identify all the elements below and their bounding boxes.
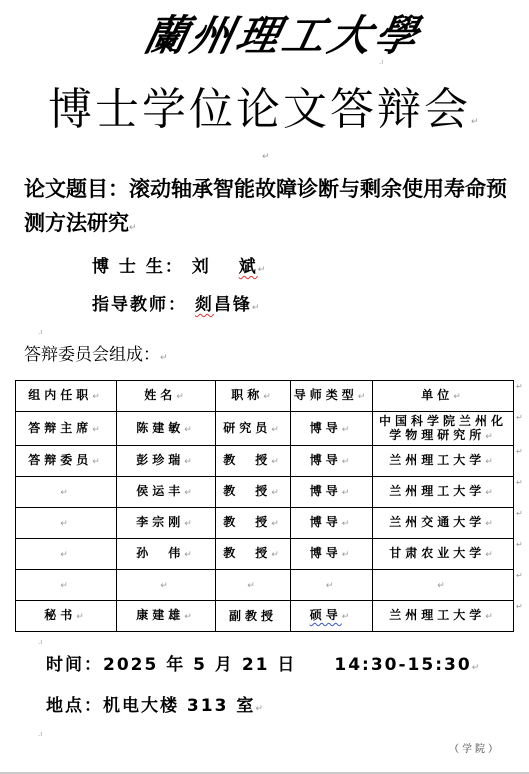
location-label: 地点： bbox=[46, 696, 103, 716]
row-end-mark: ↵ bbox=[516, 571, 523, 580]
cell-name: ↵ bbox=[117, 570, 216, 601]
cell-title: 教 授↵ bbox=[216, 446, 291, 477]
cell-name: 彭珍瑞↵ bbox=[117, 446, 216, 477]
paragraph-mark: ↵ bbox=[255, 704, 265, 714]
event-time-line: 时间：2025 年 5 月 21 日 14:30-15:30↵ bbox=[46, 654, 481, 679]
cell-supervisor-type: 硕导↵ bbox=[291, 601, 373, 632]
cell-role: ↵ bbox=[16, 477, 117, 508]
cell-affiliation: 兰州理工大学↵ bbox=[373, 477, 514, 508]
paragraph-mark: ↵ bbox=[252, 303, 262, 313]
cell-title: 副教授 bbox=[216, 601, 291, 632]
paragraph-corner-mark: .ı bbox=[38, 328, 42, 336]
table-header-row: 组内任职↵ 姓名↵ 职称↵ 导师类型↵ 单位↵ bbox=[16, 381, 514, 412]
table-row: 答辩主席↵ 陈建敏↵ 研究员↵ 博导↵ 中国科学院兰州化学物理研究所↵ bbox=[16, 412, 514, 446]
committee-table: 组内任职↵ 姓名↵ 职称↵ 导师类型↵ 单位↵ 答辩主席↵ 陈建敏↵ 研究员↵ … bbox=[15, 380, 514, 632]
cell-supervisor-type: 博导↵ bbox=[291, 446, 373, 477]
cell-affiliation: 兰州理工大学↵ bbox=[373, 446, 514, 477]
cell-name: 孙 伟↵ bbox=[117, 539, 216, 570]
thesis-title-block: 论文题目：滚动轴承智能故障诊断与剩余使用寿命预测方法研究↵ bbox=[24, 172, 524, 245]
cell-affiliation: 兰州理工大学↵ bbox=[373, 601, 514, 632]
location-value: 机电大楼 313 室 bbox=[103, 696, 255, 716]
cell-role: 答辩主席↵ bbox=[16, 412, 117, 446]
paragraph-mark: ↵ bbox=[262, 152, 270, 162]
paragraph-mark: ↵ bbox=[129, 223, 137, 233]
table-row-empty: ↵ ↵ ↵ ↵ ↵ bbox=[16, 570, 514, 601]
cell-title: ↵ bbox=[216, 570, 291, 601]
cell-supervisor-type: 博导↵ bbox=[291, 539, 373, 570]
student-name-family: 斌 bbox=[239, 257, 258, 277]
student-label: 博 士 生： bbox=[92, 257, 184, 277]
cell-affiliation: 甘肃农业大学↵ bbox=[373, 539, 514, 570]
cell-supervisor-type: 博导↵ bbox=[291, 508, 373, 539]
column-header-name: 姓名↵ bbox=[117, 381, 216, 412]
table-row: ↵ 侯运丰↵ 教 授↵ 博导↵ 兰州理工大学↵ bbox=[16, 477, 514, 508]
column-header-supervisor-type: 导师类型↵ bbox=[291, 381, 373, 412]
cell-role: ↵ bbox=[16, 570, 117, 601]
cell-title: 教 授↵ bbox=[216, 477, 291, 508]
cell-title: 研究员↵ bbox=[216, 412, 291, 446]
student-line: 博 士 生： 刘斌↵ bbox=[92, 256, 267, 281]
cell-role: ↵ bbox=[16, 508, 117, 539]
cell-title: 教 授↵ bbox=[216, 539, 291, 570]
row-end-mark: ↵ bbox=[516, 509, 523, 518]
row-end-mark: ↵ bbox=[516, 478, 523, 487]
paragraph-mark: ↵ bbox=[258, 265, 268, 275]
event-location-line: 地点：机电大楼 313 室↵ bbox=[46, 695, 265, 720]
column-header-role: 组内任职↵ bbox=[16, 381, 117, 412]
advisor-name-rest: 昌锋 bbox=[214, 295, 252, 315]
paragraph-corner-mark: .ı bbox=[38, 638, 42, 646]
cell-supervisor-type: ↵ bbox=[291, 570, 373, 601]
time-label: 时间： bbox=[46, 655, 103, 675]
cell-affiliation: 兰州交通大学↵ bbox=[373, 508, 514, 539]
cell-name: 侯运丰↵ bbox=[117, 477, 216, 508]
university-logo: 蘭州理工大學 bbox=[139, 8, 391, 64]
committee-heading: 答辩委员会组成：↵ bbox=[24, 344, 168, 369]
row-end-mark: ↵ bbox=[516, 382, 523, 391]
thesis-label: 论文题目： bbox=[24, 176, 129, 201]
committee-heading-text: 答辩委员会组成： bbox=[24, 345, 160, 365]
advisor-line: 指导教师： 剡昌锋↵ bbox=[92, 294, 261, 319]
cell-name: 李宗刚↵ bbox=[117, 508, 216, 539]
paragraph-corner-mark: .ı bbox=[38, 730, 42, 738]
cell-role: ↵ bbox=[16, 539, 117, 570]
paragraph-corner-mark: .ı bbox=[379, 58, 383, 66]
paragraph-mark: ↵ bbox=[472, 663, 482, 673]
advisor-name-first: 剡 bbox=[195, 295, 214, 315]
row-end-mark: ↵ bbox=[516, 540, 523, 549]
time-value: 2025 年 5 月 21 日 14:30-15:30 bbox=[103, 655, 472, 675]
column-header-title: 职称↵ bbox=[216, 381, 291, 412]
cell-supervisor-type: 博导↵ bbox=[291, 412, 373, 446]
cell-name: 陈建敏↵ bbox=[117, 412, 216, 446]
row-end-mark: ↵ bbox=[516, 413, 523, 422]
paragraph-mark: ↵ bbox=[160, 353, 168, 363]
cell-affiliation: ↵ bbox=[373, 570, 514, 601]
table-row: 秘书↵ 康建雄↵ 副教授 硕导↵ 兰州理工大学↵ bbox=[16, 601, 514, 632]
row-end-mark: ↵ bbox=[516, 602, 523, 611]
cell-affiliation: 中国科学院兰州化学物理研究所↵ bbox=[373, 412, 514, 446]
student-name-given: 刘 bbox=[192, 257, 211, 277]
cell-role: 秘书↵ bbox=[16, 601, 117, 632]
cell-name: 康建雄↵ bbox=[117, 601, 216, 632]
cell-role: 答辩委员↵ bbox=[16, 446, 117, 477]
cell-title: 教 授↵ bbox=[216, 508, 291, 539]
table-row: 答辩委员↵ 彭珍瑞↵ 教 授↵ 博导↵ 兰州理工大学↵ bbox=[16, 446, 514, 477]
college-note-text: （学院） bbox=[449, 744, 501, 755]
page-title-text: 博士学位论文答辩会 bbox=[48, 84, 471, 135]
cell-supervisor-type: 博导↵ bbox=[291, 477, 373, 508]
table-row: ↵ 李宗刚↵ 教 授↵ 博导↵ 兰州交通大学↵ bbox=[16, 508, 514, 539]
advisor-label: 指导教师： bbox=[92, 295, 187, 315]
college-footer-note: （学院） bbox=[449, 740, 501, 755]
paragraph-mark: ↵ bbox=[471, 117, 482, 127]
row-end-mark: ↵ bbox=[516, 447, 523, 456]
column-header-affiliation: 单位↵ bbox=[373, 381, 514, 412]
table-row: ↵ 孙 伟↵ 教 授↵ 博导↵ 甘肃农业大学↵ bbox=[16, 539, 514, 570]
page-title: 博士学位论文答辩会↵ bbox=[48, 82, 482, 150]
